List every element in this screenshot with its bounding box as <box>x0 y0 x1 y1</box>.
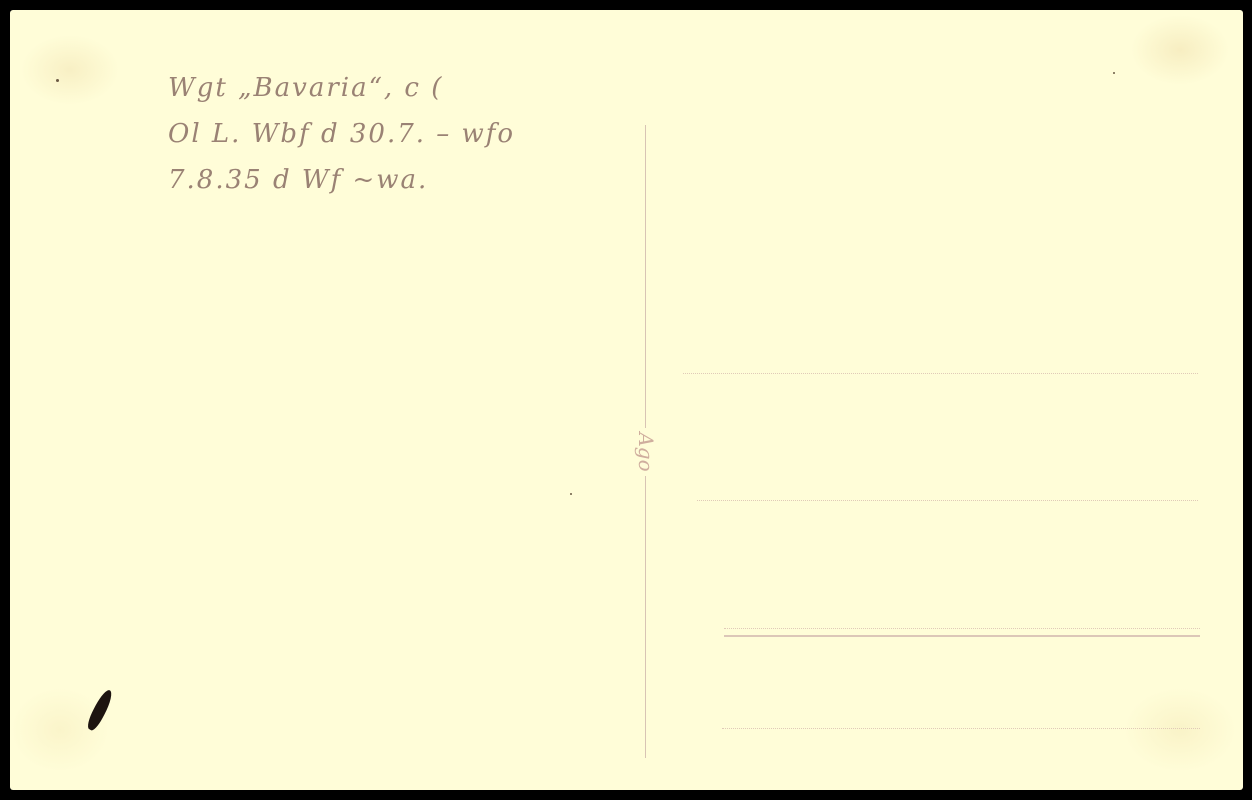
postcard-back: Wgt „Bavaria“, c ( Ol L. Wbf d 30.7. – w… <box>10 10 1243 790</box>
address-line-1 <box>683 373 1198 374</box>
handwritten-line-1: Wgt „Bavaria“, c ( <box>168 65 648 111</box>
divider-label: Ago <box>616 428 676 476</box>
paper-speck <box>570 493 572 495</box>
handwritten-line-2: Ol L. Wbf d 30.7. – wfo <box>168 111 648 157</box>
handwritten-line-3: 7.8.35 d Wf ~wa. <box>168 157 648 203</box>
paper-speck <box>56 79 59 82</box>
address-line-2 <box>697 500 1198 501</box>
paper-speck <box>1113 72 1115 74</box>
address-line-3 <box>724 628 1200 629</box>
handwritten-note: Wgt „Bavaria“, c ( Ol L. Wbf d 30.7. – w… <box>168 65 648 203</box>
address-line-underline <box>724 635 1200 637</box>
address-line-4 <box>722 728 1200 729</box>
ink-blot-mark <box>84 688 115 732</box>
